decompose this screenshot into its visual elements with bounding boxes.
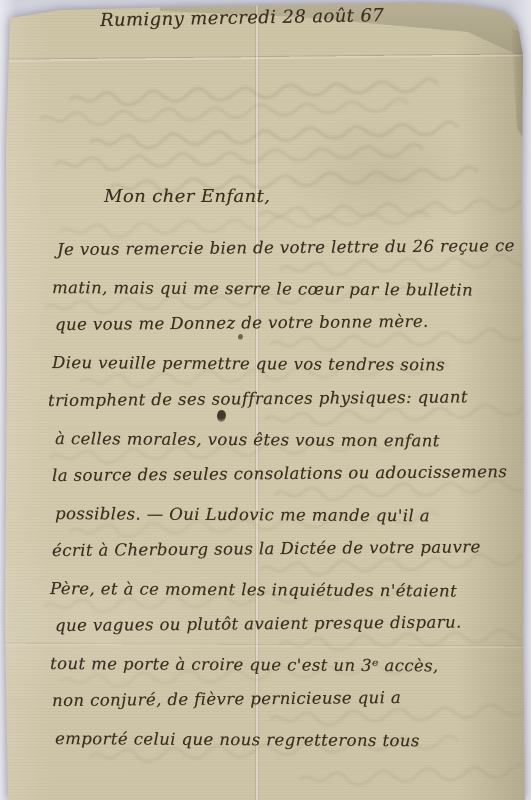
- letter-line: Je vous remercie bien de votre lettre du…: [57, 236, 515, 259]
- letter-line: Père, et à ce moment les inquiétudes n'é…: [50, 579, 457, 600]
- letter-line: que vagues ou plutôt avaient presque dis…: [55, 612, 462, 635]
- letter-line: à celles morales, vous êtes vous mon enf…: [55, 429, 440, 450]
- letter-line: Dieu veuille permettre que vos tendres s…: [52, 353, 445, 374]
- letter-line: tout me porte à croire que c'est un 3ᵉ a…: [50, 654, 439, 675]
- letter-page-wrapper: Rumigny mercredi 28 août 67 Mon cher Enf…: [0, 0, 531, 800]
- letter-line: possibles. — Oui Ludovic me mande qu'il …: [55, 504, 430, 525]
- letter-page: Rumigny mercredi 28 août 67 Mon cher Enf…: [0, 0, 531, 800]
- scanned-letter-photo: Rumigny mercredi 28 août 67 Mon cher Enf…: [0, 0, 531, 800]
- salutation: Mon cher Enfant,: [104, 186, 270, 207]
- letter-line: triomphent de ses souffrances physiques:…: [48, 387, 468, 410]
- letter-line: matin, mais qui me serre le cœur par le …: [52, 278, 473, 300]
- letter-line: écrit à Cherbourg sous la Dictée de votr…: [52, 537, 481, 560]
- letter-line: non conjuré, de fièvre pernicieuse qui a: [52, 688, 401, 710]
- letter-line: que vous me Donnez de votre bonne mère.: [55, 312, 429, 334]
- letter-line: la source des seules consolations ou ado…: [52, 462, 507, 485]
- letter-line: emporté celui que nous regretterons tous: [55, 729, 420, 750]
